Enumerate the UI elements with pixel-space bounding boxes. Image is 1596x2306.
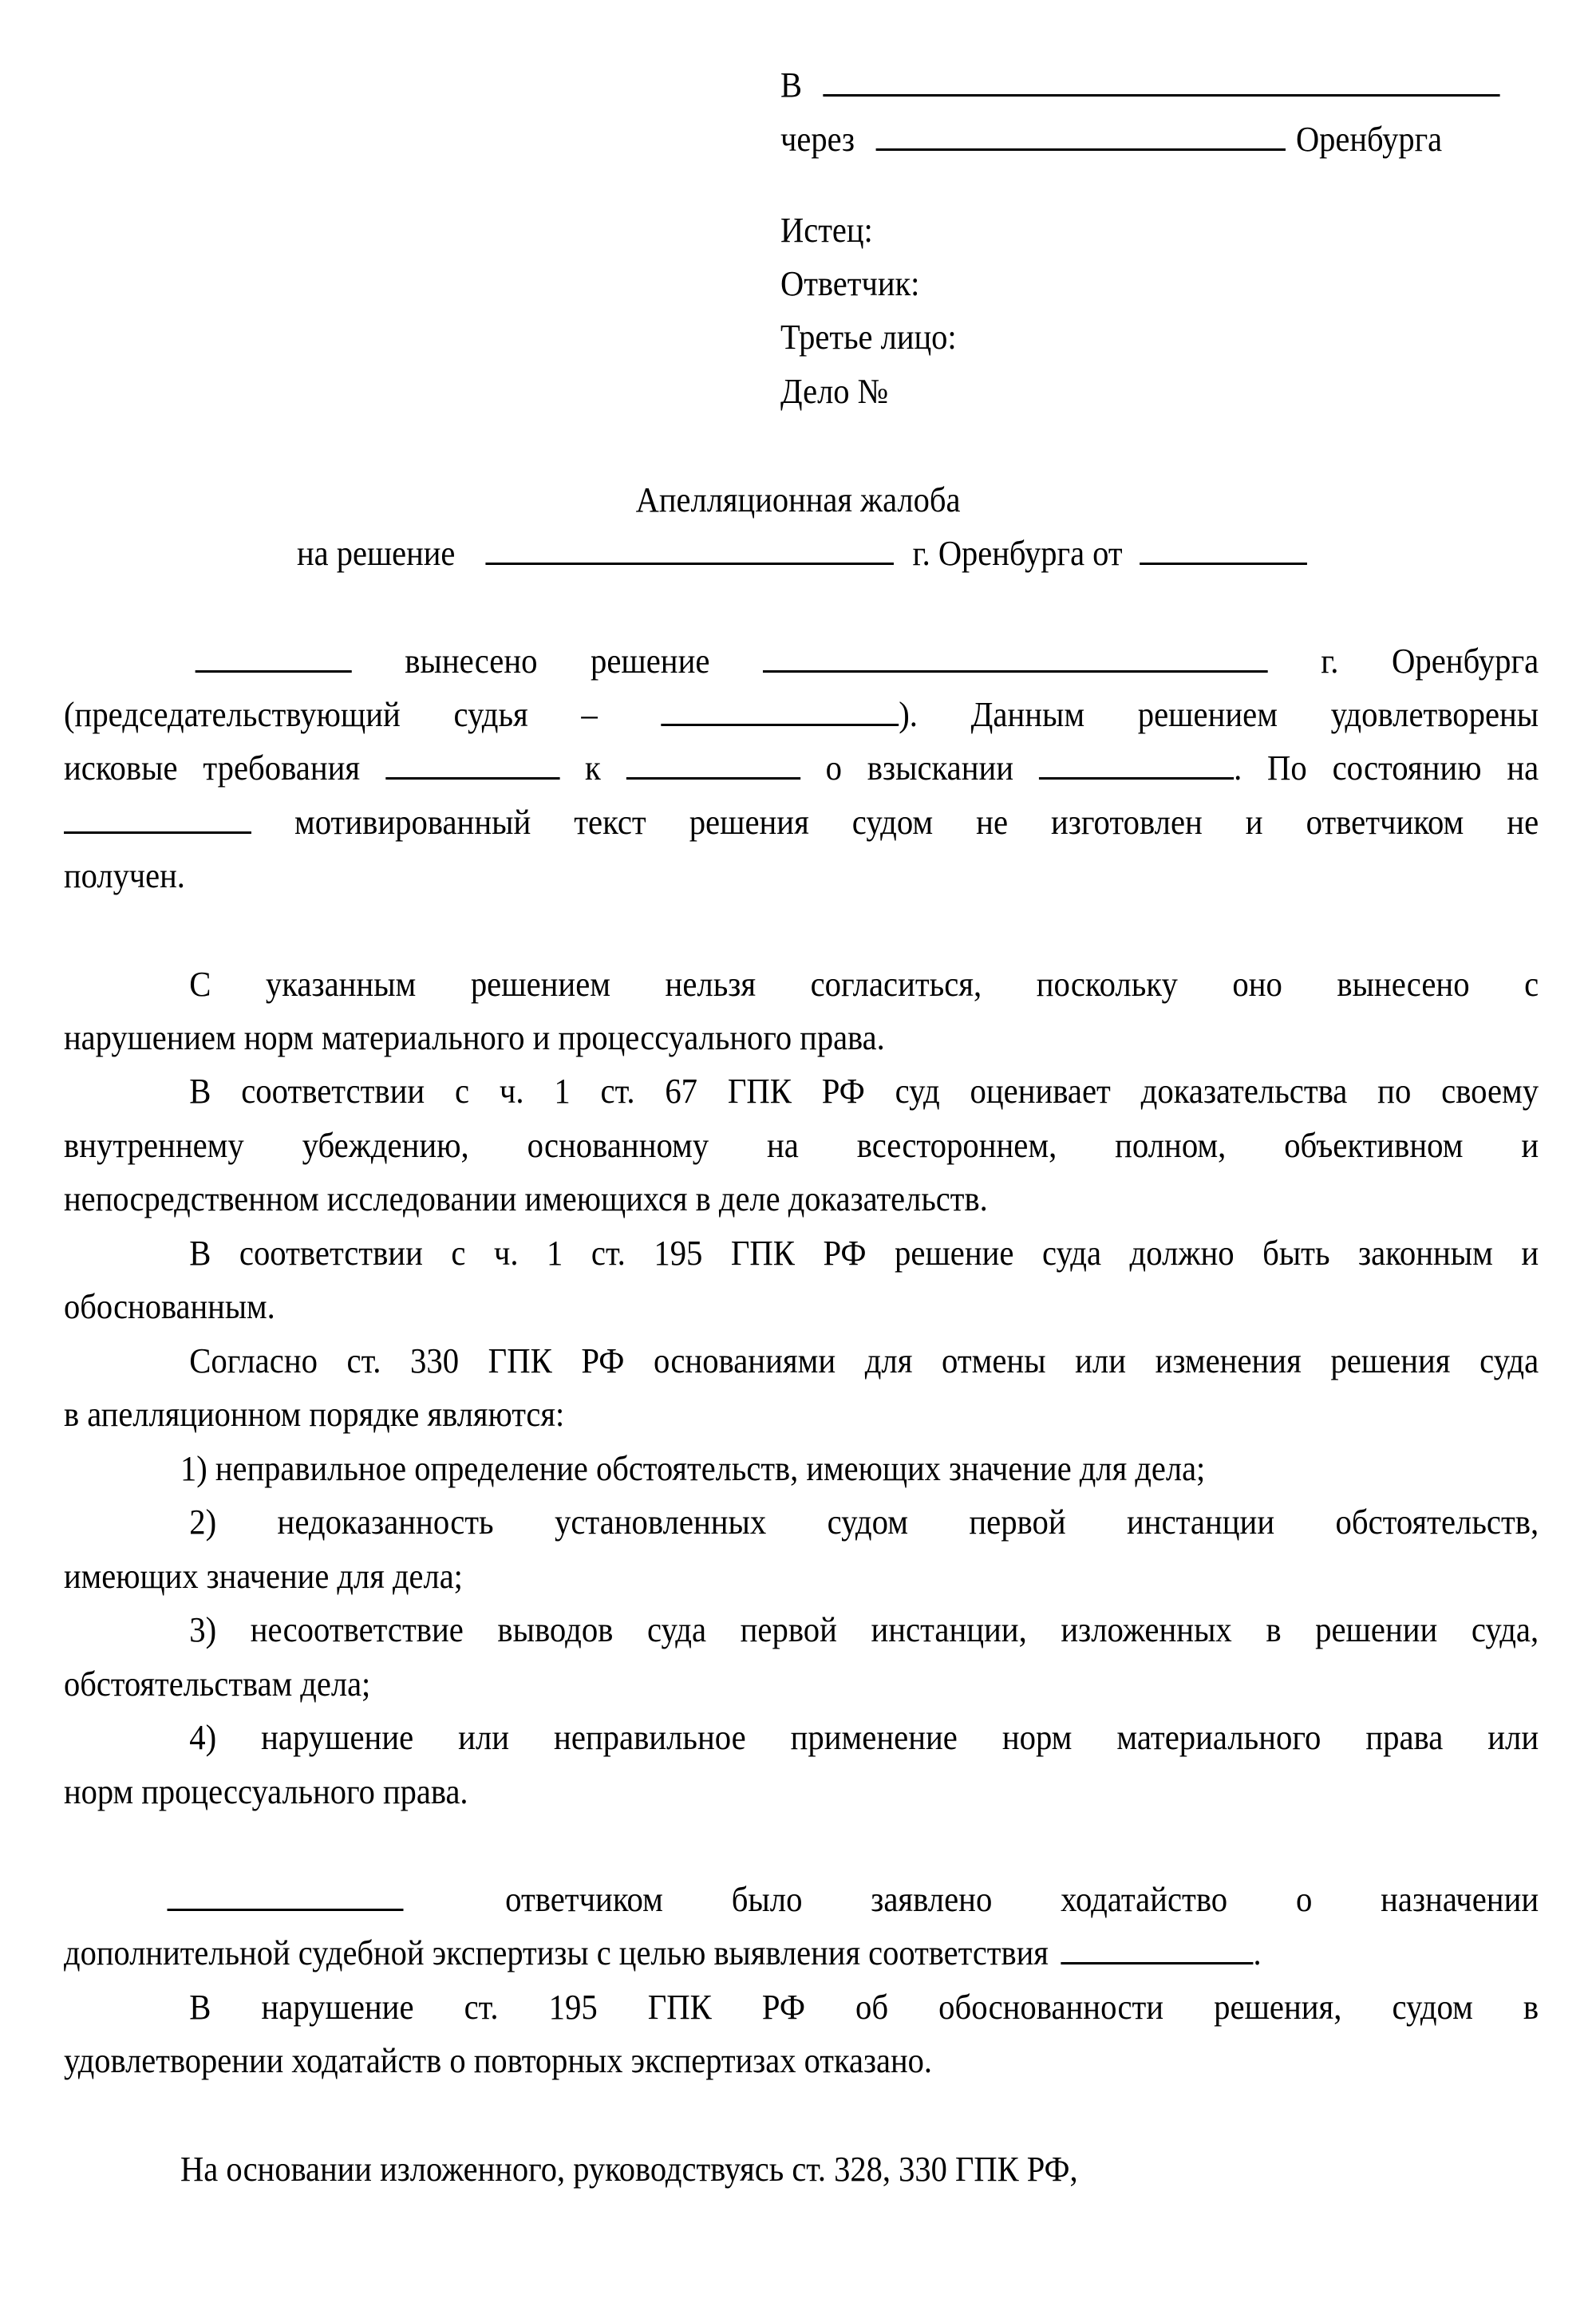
subtitle-prefix: на решение — [297, 534, 455, 573]
ground-item-2: 2) недоказанность установленных судом пе… — [64, 1502, 1539, 1542]
para3-line1: В соответствии с ч. 1 ст. 67 ГПК РФ суд … — [64, 1072, 1539, 1112]
text: о взыскании — [826, 748, 1013, 788]
para2-line2: нарушением норм материального и процессу… — [64, 1018, 885, 1058]
para1-line3: исковые требования к о взыскании . По со… — [64, 748, 1539, 788]
para7-line1: В нарушение ст. 195 ГПК РФ об обоснованн… — [64, 1988, 1539, 2028]
para5-line1: Согласно ст. 330 ГПК РФ основаниями для … — [64, 1341, 1539, 1381]
text: дополнительной судебной экспертизы с цел… — [64, 1933, 1049, 1972]
para5-line2: в апелляционном порядке являются: — [64, 1395, 564, 1435]
para2-line1: С указанным решением нельзя согласиться,… — [64, 965, 1539, 1005]
via-court-blank[interactable] — [876, 121, 1286, 151]
ground-item-1: 1) неправильное определение обстоятельст… — [180, 1449, 1205, 1489]
text: мотивированный текст решения судом не из… — [294, 803, 1539, 842]
text: решение — [591, 642, 709, 681]
ground-item-4: 4) нарушение или неправильное применение… — [64, 1718, 1539, 1758]
via-label: через — [780, 120, 855, 159]
amount-blank[interactable] — [1039, 750, 1234, 780]
court-blank[interactable] — [763, 643, 1268, 673]
para1-line5: получен. — [64, 856, 185, 896]
via-line: через Оренбурга — [780, 120, 1442, 160]
text: к — [585, 748, 601, 788]
conformity-blank[interactable] — [1061, 1935, 1254, 1964]
text: . По состоянию на — [1234, 748, 1539, 788]
text: ). Данным решением удовлетворены — [899, 695, 1539, 734]
court-decision-blank[interactable] — [485, 535, 894, 565]
defendant-label: Ответчик: — [780, 264, 919, 304]
motion-date-blank[interactable] — [168, 1882, 404, 1911]
text: (председательствующий судья – — [64, 695, 598, 734]
para4-line1: В соответствии с ч. 1 ст. 195 ГПК РФ реш… — [64, 1234, 1539, 1273]
para1-line2: (председательствующий судья – ). Данным … — [64, 695, 1539, 735]
para7-line2: удовлетворении ходатайств о повторных эк… — [64, 2041, 932, 2081]
to-label: В — [780, 65, 802, 105]
judge-blank[interactable] — [661, 697, 899, 726]
para3-line2: внутреннему убеждению, основанному на вс… — [64, 1126, 1539, 1166]
status-date-blank[interactable] — [64, 804, 251, 834]
para6-line1: ответчиком было заявлено ходатайство о н… — [64, 1880, 1539, 1920]
para8-line1: На основании изложенного, руководствуясь… — [180, 2150, 1078, 2190]
plaintiff-blank[interactable] — [385, 750, 559, 780]
document-title: Апелляционная жалоба — [0, 480, 1596, 520]
ground-item-3-cont: обстоятельствам дела; — [64, 1664, 370, 1704]
para1-line1: вынесено решение г. Оренбурга — [64, 642, 1539, 681]
document-subtitle: на решение г. Оренбурга от — [297, 534, 1306, 574]
text: вынесено — [405, 642, 537, 681]
date-blank[interactable] — [196, 643, 352, 673]
ground-item-2-cont: имеющих значение для дела; — [64, 1557, 463, 1597]
text: Оренбурга — [1392, 642, 1539, 681]
ground-item-3: 3) несоответствие выводов суда первой ин… — [64, 1610, 1539, 1650]
text: . — [1254, 1933, 1262, 1972]
para6-line2: дополнительной судебной экспертизы с цел… — [64, 1933, 1262, 1973]
case-number-label: Дело № — [780, 372, 888, 412]
third-party-label: Третье лицо: — [780, 318, 957, 357]
decision-date-blank[interactable] — [1140, 535, 1307, 565]
subtitle-city: г. Оренбурга от — [913, 534, 1123, 573]
text: г. — [1321, 642, 1338, 681]
defendant-blank[interactable] — [626, 750, 800, 780]
para4-line2: обоснованным. — [64, 1287, 275, 1327]
court-line: В — [780, 65, 1500, 105]
plaintiff-label: Истец: — [780, 211, 873, 251]
text: исковые требования — [64, 748, 360, 788]
via-city: Оренбурга — [1296, 120, 1442, 159]
text: ответчиком было заявлено ходатайство о н… — [505, 1880, 1539, 1920]
para3-line3: непосредственном исследовании имеющихся … — [64, 1179, 988, 1219]
para1-line4: мотивированный текст решения судом не из… — [64, 803, 1539, 843]
ground-item-4-cont: норм процессуального права. — [64, 1772, 468, 1812]
court-name-blank[interactable] — [824, 67, 1500, 97]
document-page: В через Оренбурга Истец: Ответчик: Треть… — [0, 0, 1596, 2306]
